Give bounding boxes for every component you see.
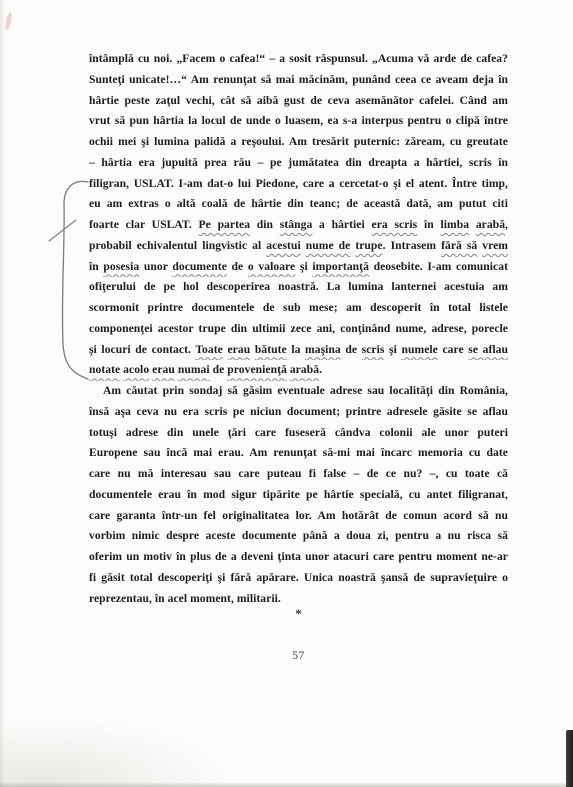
text-line: în posesia unor documente de o valoare ş…: [89, 257, 508, 278]
pencil-underlined-phrase: vrem: [482, 239, 508, 252]
text-block: întâmplă cu noi. „Facem o cafea!“ – a so…: [89, 49, 508, 609]
scan-smudge-bottom-left: [0, 717, 230, 787]
text-line: – hârtia era jupuită prea rău – pe jumăt…: [89, 153, 508, 174]
text-line: Am căutat prin sondaj să găsim eventuale…: [89, 381, 508, 402]
text-line: componenţei acestor trupe din ultimii ze…: [89, 319, 508, 340]
text-line: oferim un motiv în plus de a deveni ţint…: [89, 547, 508, 568]
text-line: vorbim nimic despre aceste documente pân…: [89, 526, 508, 547]
pencil-underlined-phrase: maşina: [305, 343, 341, 356]
pencil-underlined-phrase: notate: [89, 363, 120, 376]
scan-fleck-top-left: [4, 12, 13, 31]
section-separator-asterisk: *: [89, 606, 508, 622]
text-line: notate acolo erau numai de provenienţă a…: [89, 360, 508, 381]
pencil-underlined-phrase: documente: [172, 260, 227, 273]
pencil-underlined-phrase: Toate: [195, 343, 223, 356]
pencil-underlined-phrase: arabă: [290, 363, 319, 376]
scanned-book-page: întâmplă cu noi. „Facem o cafea!“ – a so…: [0, 0, 573, 787]
text-line: documentele erau în mod sigur tipărite p…: [89, 485, 508, 506]
text-line: probabil echivalentul lingvistic al aces…: [89, 236, 508, 257]
pencil-underlined-phrase: posesia: [103, 260, 139, 273]
diagonal-tick-stroke: [49, 220, 76, 241]
scan-edge-bottom-shading: [0, 782, 573, 787]
text-line: fi găsit total descoperiţi şi fără apăra…: [89, 568, 508, 589]
pencil-underlined-phrase: Pe partea: [199, 218, 251, 231]
scan-edge-left-shading: [0, 0, 5, 787]
page-number: 57: [89, 650, 508, 662]
text-line: şi locuri de contact. Toate erau bătute …: [89, 340, 508, 361]
pencil-underlined-phrase: bătute: [255, 343, 287, 356]
pencil-underlined-phrase: era scris: [372, 218, 418, 231]
text-line: Sunteţi unicate!…“ Am renunţat să mai mă…: [89, 70, 508, 91]
text-line: care nu mă interesau sau care puteau fi …: [89, 464, 508, 485]
pencil-underlined-phrase: fără să: [441, 239, 477, 252]
bracket-stroke: [62, 181, 88, 379]
text-line: hârtie peste zaţul vechi, cât să aibă gu…: [89, 91, 508, 112]
pencil-underlined-phrase: se aflau: [468, 343, 508, 356]
pencil-underlined-phrase: importanţă: [312, 260, 369, 273]
pencil-underlined-phrase: erau: [227, 343, 250, 356]
pencil-underlined-phrase: nume de: [306, 239, 351, 252]
text-line: ofiţerului de pe hol descoperirea noastr…: [89, 277, 508, 298]
text-line: eu am extras o altă coală de hârtie din …: [89, 194, 508, 215]
text-line: totuşi adrese din unele ţări care fusese…: [89, 423, 508, 444]
pencil-underlined-phrase: stânga: [280, 218, 313, 231]
pencil-underlined-phrase: acolo: [123, 363, 149, 376]
pencil-underlined-phrase: provenienţă: [227, 363, 287, 376]
scan-dark-edge-bottom-right: [566, 730, 573, 787]
pencil-underlined-phrase: limba: [440, 218, 469, 231]
text-line: vrut să pun hârtia la locul de unde o lu…: [89, 111, 508, 132]
pencil-underlined-phrase: numele: [401, 343, 437, 356]
pencil-underlined-phrase: o valoare: [248, 260, 295, 273]
pencil-underlined-phrase: erau: [152, 363, 175, 376]
text-line: întâmplă cu noi. „Facem o cafea!“ – a so…: [89, 49, 508, 70]
pencil-underlined-phrase: numai: [178, 363, 210, 376]
pencil-underlined-phrase: arabă: [476, 218, 505, 231]
text-line: care garanta într-un fel originalitatea …: [89, 506, 508, 527]
pencil-underlined-phrase: scris: [362, 343, 385, 356]
text-line: filigran, USLAT. I-am dat-o lui Piedone,…: [89, 174, 508, 195]
text-line: însă aşa ceva nu era scris pe niciun doc…: [89, 402, 508, 423]
pencil-underlined-phrase: trupe: [355, 239, 382, 252]
text-line: Europene sau încă mai erau. Am renunţat …: [89, 443, 508, 464]
pencil-underlined-phrase: acestui: [266, 239, 300, 252]
text-line: foarte clar USLAT. Pe partea din stânga …: [89, 215, 508, 236]
text-line: ochii mei şi lumina palidă a reşoului. A…: [89, 132, 508, 153]
text-line: scormonit printre documentele de sub mes…: [89, 298, 508, 319]
